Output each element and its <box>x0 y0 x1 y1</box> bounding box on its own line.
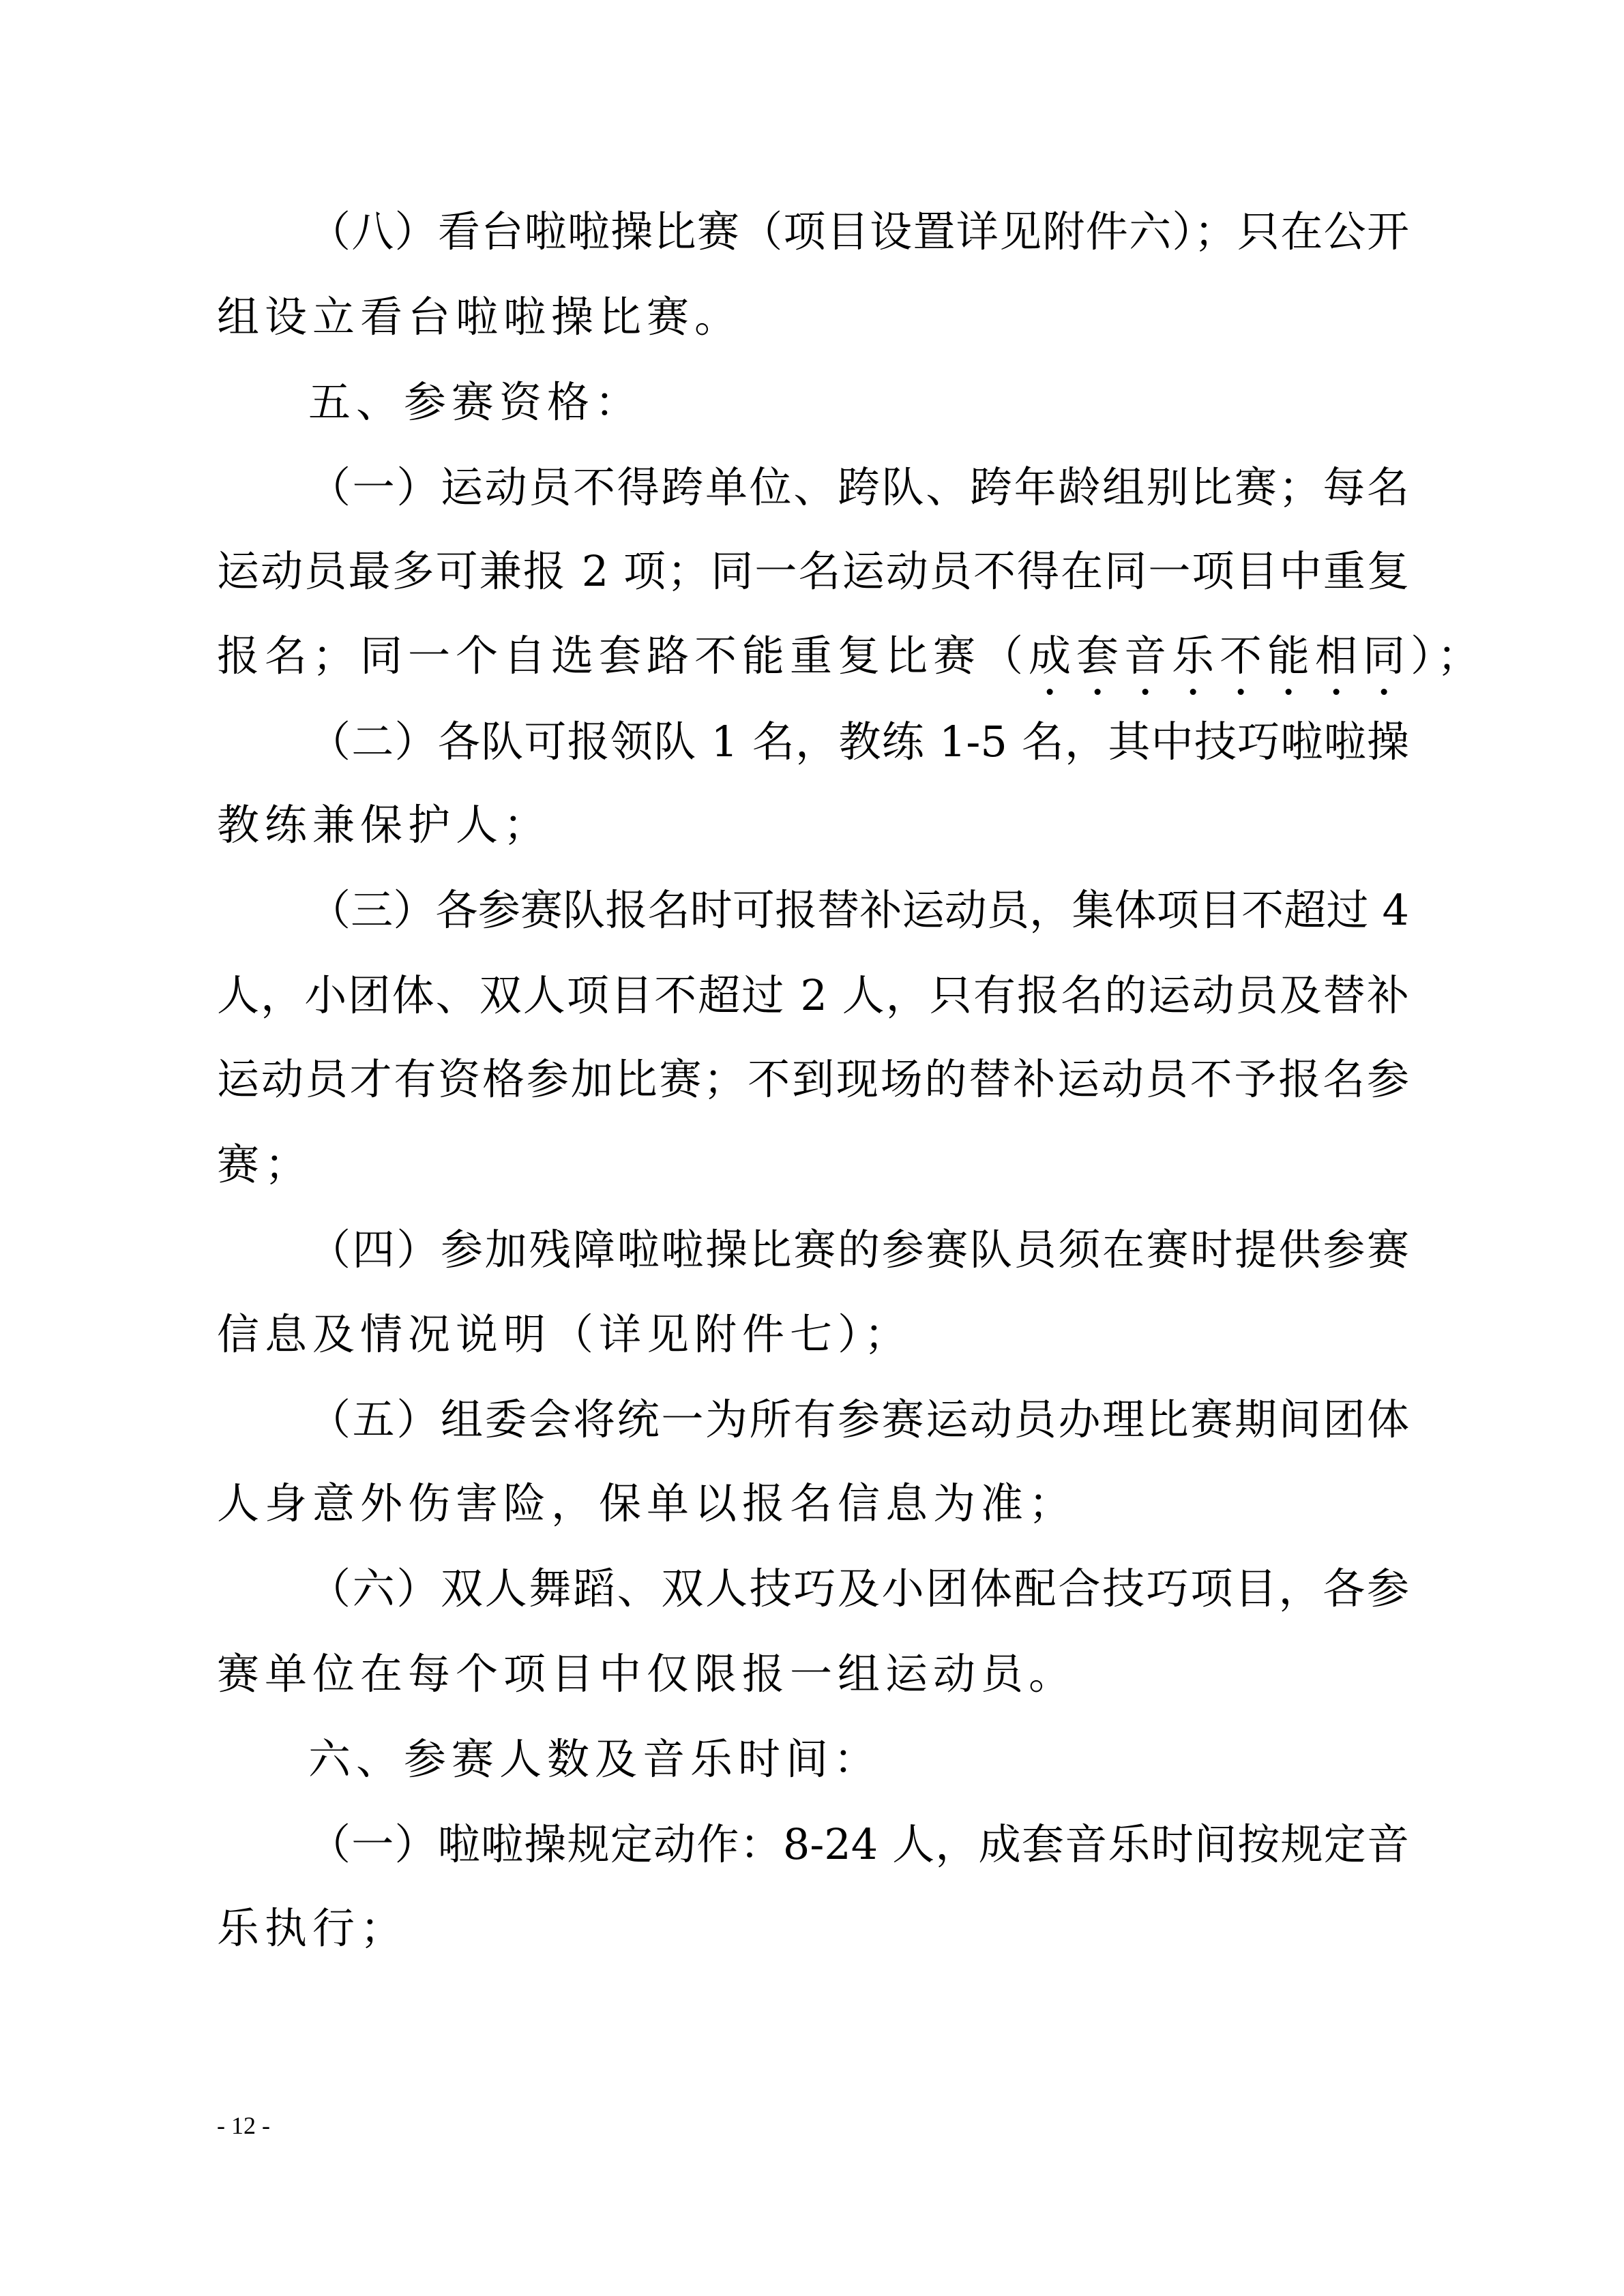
text-segment: ； <box>1437 631 1485 681</box>
paragraph-line: 教练兼保护人； <box>217 783 1409 867</box>
paragraph-line: 组设立看台啦啦操比赛。 <box>217 275 1409 359</box>
section-heading-eligibility: 五、参赛资格： <box>308 360 1409 445</box>
paragraph-line: （一）运动员不得跨单位、跨队、跨年龄组别比赛；每名 <box>308 445 1409 530</box>
section-heading-participants-music: 六、参赛人数及音乐时间： <box>308 1717 1409 1802</box>
paragraph-line: （八）看台啦啦操比赛（项目设置详见附件六）；只在公开 <box>308 190 1409 274</box>
page-number: - 12 - <box>217 2108 270 2143</box>
paragraph-line: 乐执行； <box>217 1886 1409 1971</box>
paragraph-line: 报名；同一个自选套路不能重复比赛（成套音乐不能相同）； <box>217 614 1409 698</box>
paragraph-line: 运动员才有资格参加比赛；不到现场的替补运动员不予报名参 <box>217 1037 1409 1122</box>
paragraph-line: 赛； <box>217 1122 1409 1207</box>
paragraph-line: （四）参加残障啦啦操比赛的参赛队员须在赛时提供参赛 <box>308 1208 1409 1292</box>
paragraph-line: 运动员最多可兼报 2 项；同一名运动员不得在同一项目中重复 <box>217 529 1409 614</box>
document-page: （八）看台啦啦操比赛（项目设置详见附件六）；只在公开 组设立看台啦啦操比赛。 五… <box>0 0 1624 2296</box>
paragraph-line: 人，小团体、双人项目不超过 2 人，只有报名的运动员及替补 <box>217 953 1409 1038</box>
text-segment: 报名；同一个自选套路不能重复比赛 <box>217 631 981 681</box>
paragraph-line: 信息及情况说明（详见附件七）； <box>217 1292 1409 1377</box>
paragraph-line: （五）组委会将统一为所有参赛运动员办理比赛期间团体 <box>308 1377 1409 1462</box>
emphasized-text: （成套音乐不能相同） <box>981 631 1437 681</box>
paragraph-line: （六）双人舞蹈、双人技巧及小团体配合技巧项目，各参 <box>308 1547 1409 1631</box>
paragraph-line: 赛单位在每个项目中仅限报一组运动员。 <box>217 1632 1409 1716</box>
paragraph-line: （二）各队可报领队 1 名，教练 1-5 名，其中技巧啦啦操 <box>308 700 1409 784</box>
paragraph-line: （一）啦啦操规定动作：8-24 人，成套音乐时间按规定音 <box>308 1802 1409 1887</box>
paragraph-line: 人身意外伤害险，保单以报名信息为准； <box>217 1461 1409 1546</box>
paragraph-line: （三）各参赛队报名时可报替补运动员，集体项目不超过 4 <box>308 868 1409 953</box>
